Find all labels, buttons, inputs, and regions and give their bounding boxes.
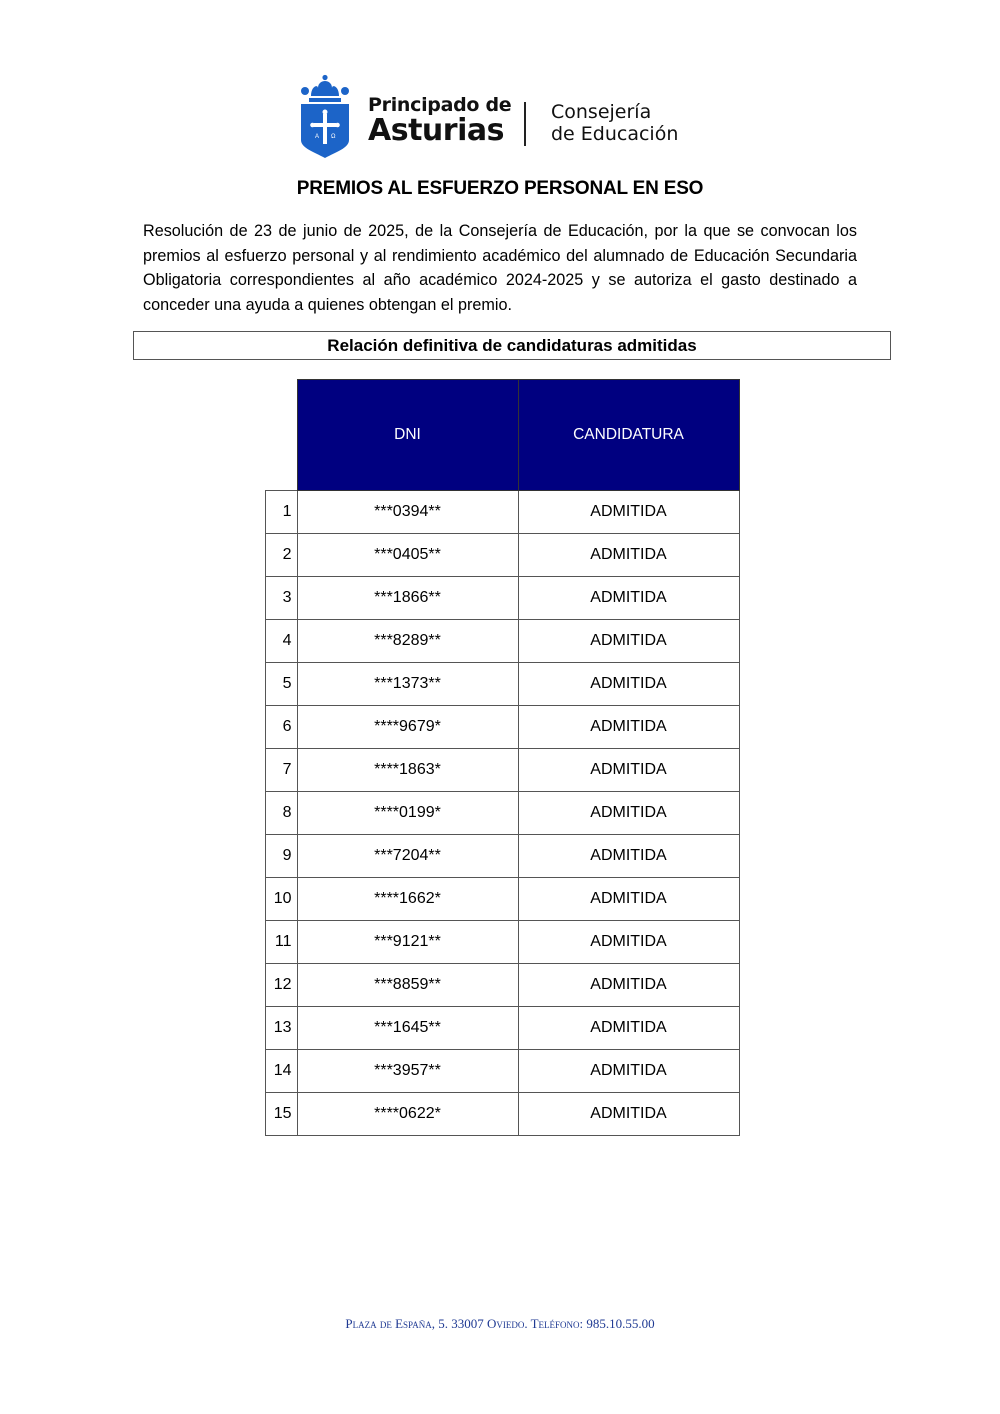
row-number: 5: [266, 663, 298, 706]
dni-cell: ****0199*: [297, 792, 518, 835]
candidatura-cell: ADMITIDA: [518, 1007, 739, 1050]
table-row: 7****1863*ADMITIDA: [266, 749, 740, 792]
candidatura-cell: ADMITIDA: [518, 577, 739, 620]
row-number: 12: [266, 964, 298, 1007]
row-number: 15: [266, 1093, 298, 1136]
dni-cell: ***8289**: [297, 620, 518, 663]
candidatura-cell: ADMITIDA: [518, 1050, 739, 1093]
table-row: 8****0199*ADMITIDA: [266, 792, 740, 835]
dni-cell: ***8859**: [297, 964, 518, 1007]
candidatura-cell: ADMITIDA: [518, 921, 739, 964]
table-body: 1***0394**ADMITIDA2***0405**ADMITIDA3***…: [266, 491, 740, 1136]
dni-cell: ***1866**: [297, 577, 518, 620]
dni-cell: ***0405**: [297, 534, 518, 577]
candidatura-cell: ADMITIDA: [518, 964, 739, 1007]
row-number: 4: [266, 620, 298, 663]
candidatura-cell: ADMITIDA: [518, 706, 739, 749]
dni-cell: ****9679*: [297, 706, 518, 749]
section-title: Relación definitiva de candidaturas admi…: [133, 331, 891, 360]
department-line-2: de Educación: [551, 124, 678, 146]
candidatura-cell: ADMITIDA: [518, 792, 739, 835]
candidatura-cell: ADMITIDA: [518, 620, 739, 663]
logo-divider: [524, 102, 526, 146]
brand-name: Principado de Asturias: [368, 96, 511, 146]
row-number-header: [266, 380, 298, 491]
resolution-paragraph: Resolución de 23 de junio de 2025, de la…: [143, 219, 857, 317]
table-row: 4***8289**ADMITIDA: [266, 620, 740, 663]
candidatura-cell: ADMITIDA: [518, 749, 739, 792]
table-row: 2***0405**ADMITIDA: [266, 534, 740, 577]
table-row: 11***9121**ADMITIDA: [266, 921, 740, 964]
row-number: 13: [266, 1007, 298, 1050]
institution-logo: A Ω Principado de Asturias Consejería de…: [300, 74, 700, 160]
table-row: 6****9679*ADMITIDA: [266, 706, 740, 749]
row-number: 3: [266, 577, 298, 620]
candidatura-cell: ADMITIDA: [518, 491, 739, 534]
column-header-candidatura: CANDIDATURA: [518, 380, 739, 491]
table-row: 13***1645**ADMITIDA: [266, 1007, 740, 1050]
svg-text:A: A: [315, 134, 319, 140]
svg-text:Ω: Ω: [331, 134, 336, 140]
candidatura-cell: ADMITIDA: [518, 1093, 739, 1136]
dni-cell: ****1863*: [297, 749, 518, 792]
table-header-row: DNI CANDIDATURA: [266, 380, 740, 491]
row-number: 2: [266, 534, 298, 577]
document-title: PREMIOS AL ESFUERZO PERSONAL EN ESO: [0, 178, 1000, 200]
table-row: 10****1662*ADMITIDA: [266, 878, 740, 921]
dni-cell: ****0622*: [297, 1093, 518, 1136]
dni-cell: ***3957**: [297, 1050, 518, 1093]
row-number: 8: [266, 792, 298, 835]
candidatura-cell: ADMITIDA: [518, 878, 739, 921]
table-row: 12***8859**ADMITIDA: [266, 964, 740, 1007]
dni-cell: ***7204**: [297, 835, 518, 878]
dni-cell: ***1645**: [297, 1007, 518, 1050]
asturias-coat-of-arms-icon: A Ω: [300, 74, 350, 158]
row-number: 14: [266, 1050, 298, 1093]
footer-address: Plaza de España, 5. 33007 Oviedo. Teléfo…: [0, 1316, 1000, 1332]
table-row: 14***3957**ADMITIDA: [266, 1050, 740, 1093]
table-row: 1***0394**ADMITIDA: [266, 491, 740, 534]
dni-cell: ****1662*: [297, 878, 518, 921]
row-number: 1: [266, 491, 298, 534]
candidates-table: DNI CANDIDATURA 1***0394**ADMITIDA2***04…: [265, 379, 740, 1136]
brand-line-2: Asturias: [368, 116, 511, 146]
candidatura-cell: ADMITIDA: [518, 663, 739, 706]
department-name: Consejería de Educación: [551, 102, 678, 146]
row-number: 6: [266, 706, 298, 749]
candidatura-cell: ADMITIDA: [518, 534, 739, 577]
table-row: 9***7204**ADMITIDA: [266, 835, 740, 878]
row-number: 7: [266, 749, 298, 792]
table-row: 5***1373**ADMITIDA: [266, 663, 740, 706]
table-row: 15****0622*ADMITIDA: [266, 1093, 740, 1136]
row-number: 9: [266, 835, 298, 878]
dni-cell: ***0394**: [297, 491, 518, 534]
table-row: 3***1866**ADMITIDA: [266, 577, 740, 620]
dni-cell: ***9121**: [297, 921, 518, 964]
dni-cell: ***1373**: [297, 663, 518, 706]
row-number: 11: [266, 921, 298, 964]
department-line-1: Consejería: [551, 102, 678, 124]
column-header-dni: DNI: [297, 380, 518, 491]
row-number: 10: [266, 878, 298, 921]
candidatura-cell: ADMITIDA: [518, 835, 739, 878]
